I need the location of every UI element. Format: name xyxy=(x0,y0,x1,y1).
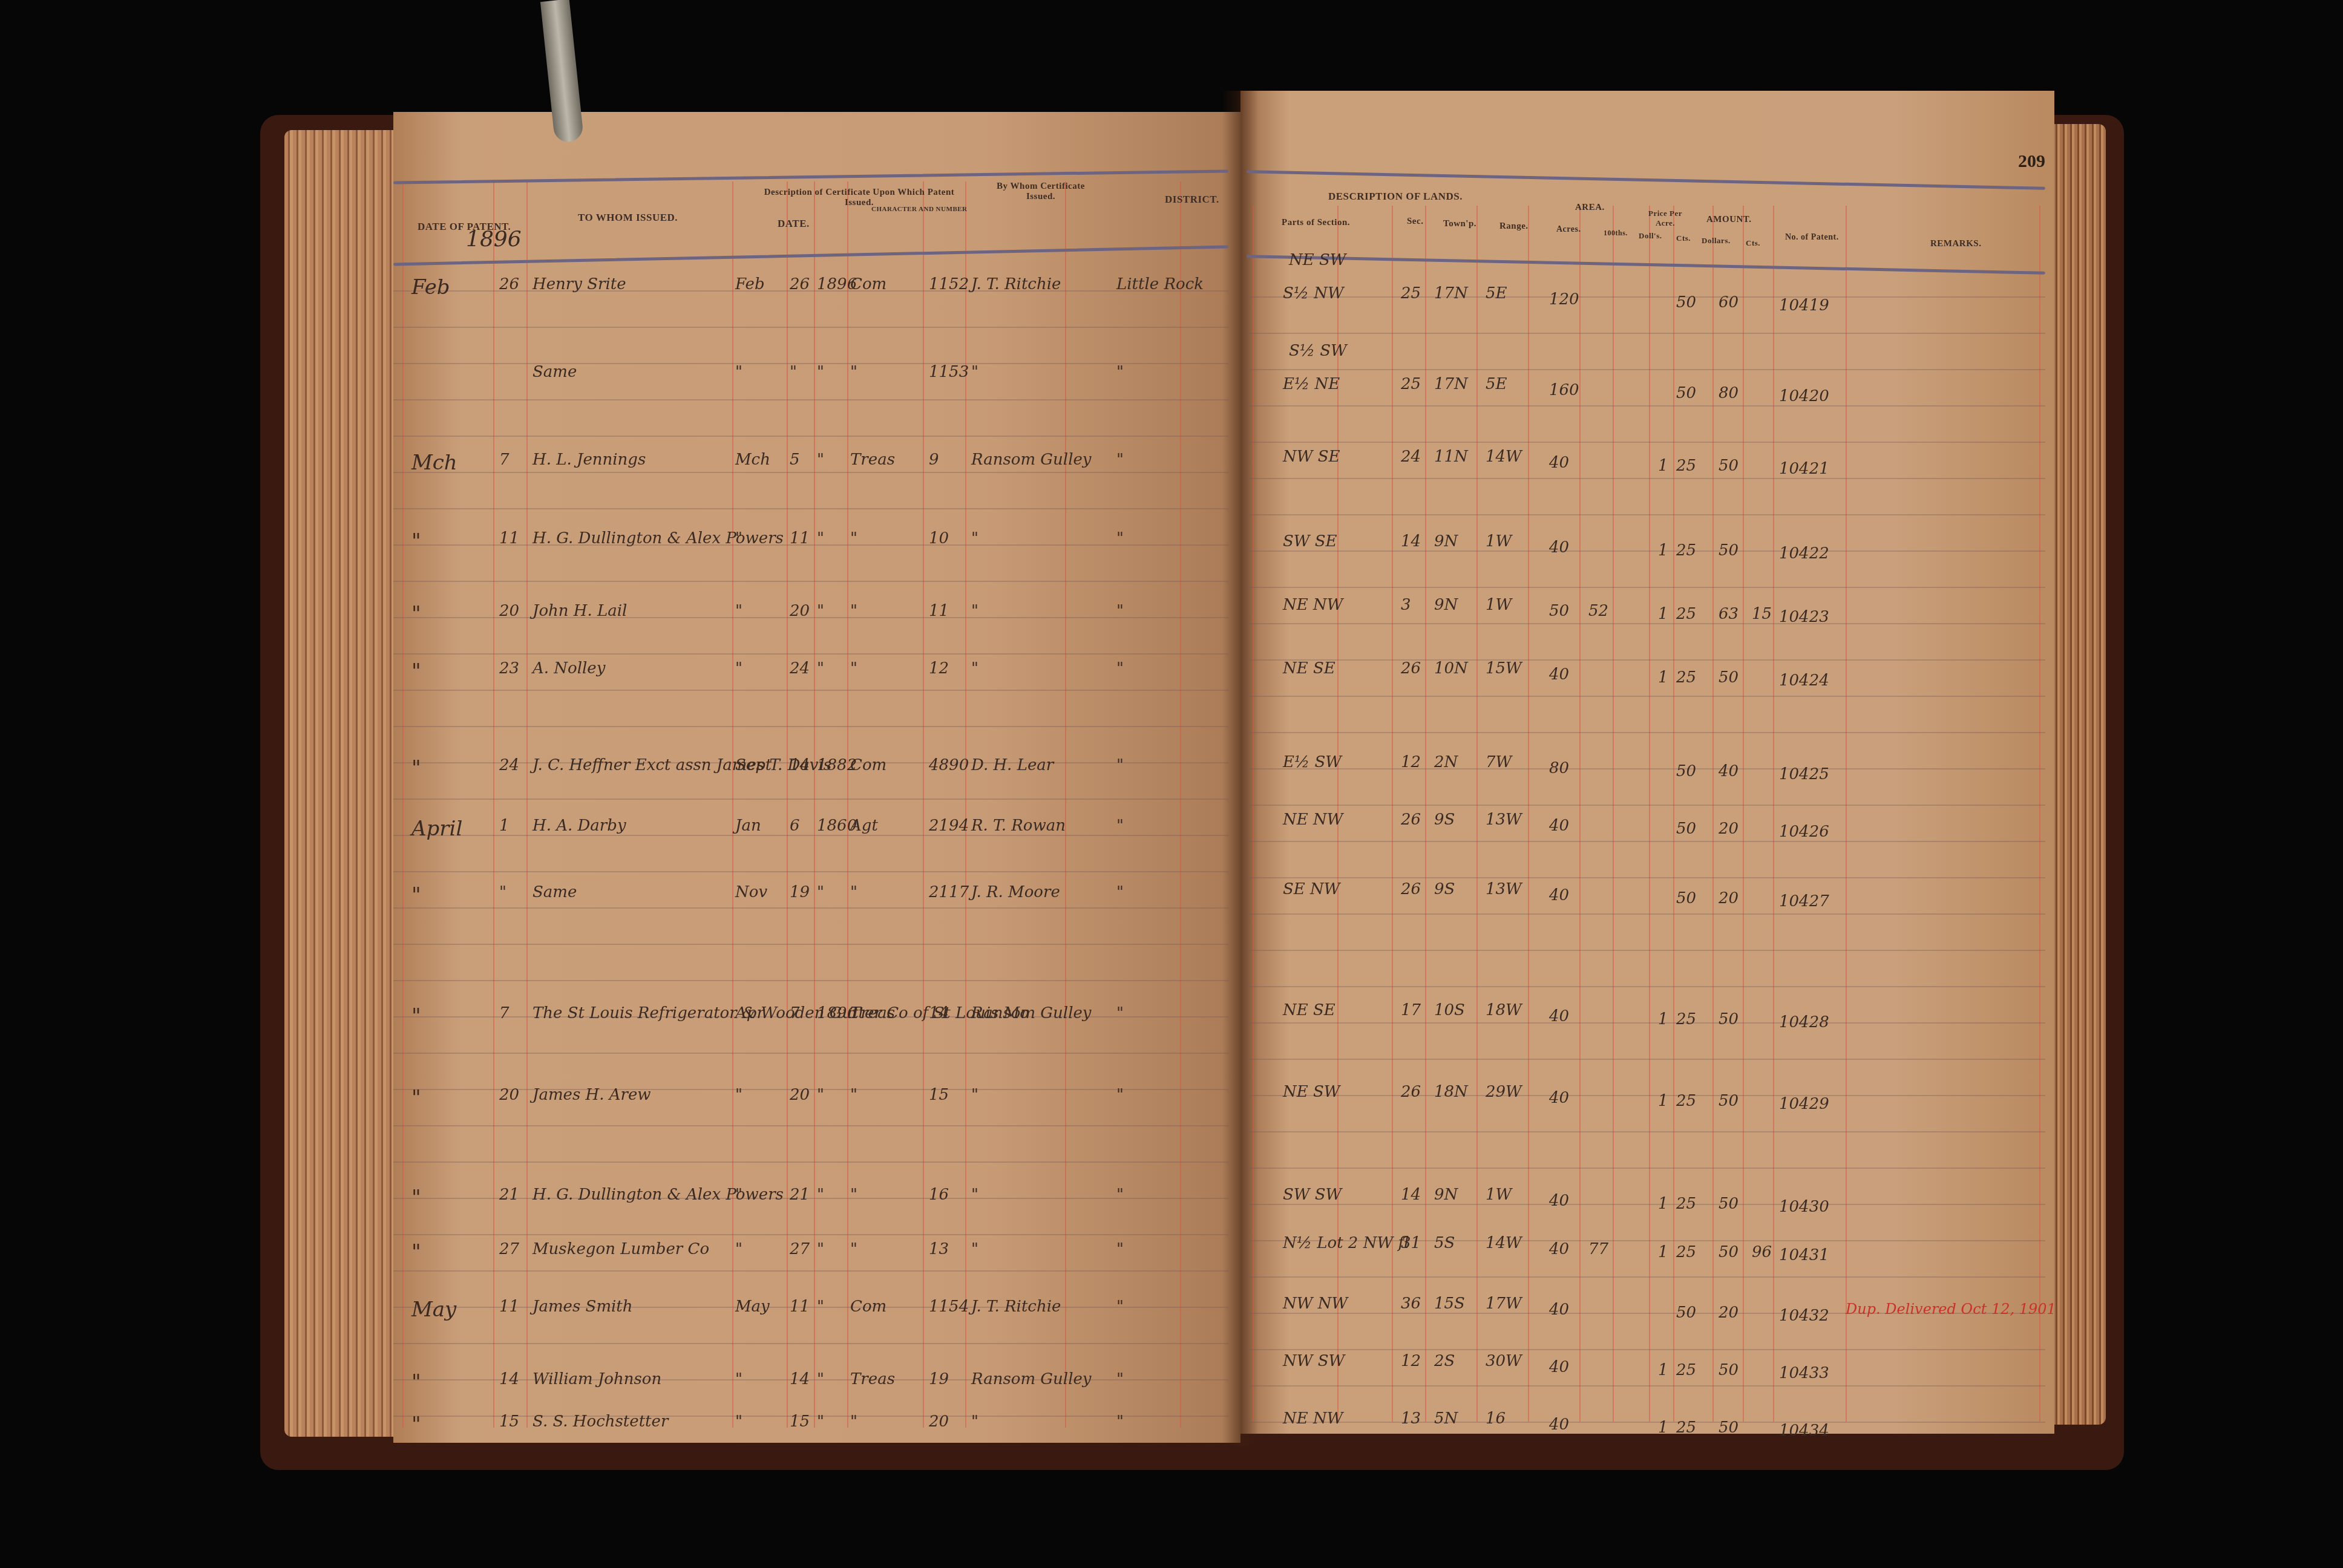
patent-number: 10433 xyxy=(1779,1364,1829,1382)
cert-day: 5 xyxy=(790,451,800,469)
cert-day: 14 xyxy=(790,756,810,774)
patent-month: " xyxy=(411,602,421,626)
price-dollars: 1 xyxy=(1658,1010,1668,1028)
acres: 40 xyxy=(1549,1240,1569,1258)
header-township: Town'p. xyxy=(1443,219,1476,229)
parts-of-section: E½ NE xyxy=(1283,375,1340,393)
cert-number: 11 xyxy=(929,602,949,620)
price-dollars: 1 xyxy=(1658,1243,1668,1261)
patent-month: April xyxy=(411,817,462,841)
parts-of-section: NW NW xyxy=(1283,1295,1348,1313)
red-rule xyxy=(1743,206,1744,1422)
red-rule xyxy=(393,980,1228,981)
acres: 40 xyxy=(1549,1416,1569,1434)
section: 13 xyxy=(1401,1410,1421,1428)
price-dollars: 1 xyxy=(1658,541,1668,560)
cert-month: May xyxy=(735,1298,770,1316)
cert-character: Com xyxy=(850,756,886,774)
price-dollars: 1 xyxy=(1658,457,1668,475)
price-dollars: 1 xyxy=(1658,605,1668,623)
cert-character: " xyxy=(850,1086,857,1104)
header-amount-cts: Cts. xyxy=(1746,238,1760,248)
parts-of-section: NE SE xyxy=(1283,659,1335,678)
cert-month: " xyxy=(735,1370,742,1388)
section: 25 xyxy=(1401,284,1421,302)
cert-number: 2117 xyxy=(929,883,969,901)
patent-day: 27 xyxy=(499,1240,519,1258)
cert-month: " xyxy=(735,1086,742,1104)
patent-day: 7 xyxy=(499,451,510,469)
red-rule xyxy=(393,1270,1228,1272)
parts-of-section: NE NW xyxy=(1283,596,1343,614)
red-rule xyxy=(1247,369,2045,370)
amount-dollars: 50 xyxy=(1719,1010,1738,1028)
issued-by: Ransom Gulley xyxy=(971,451,1092,469)
red-rule xyxy=(787,181,788,1428)
cert-number: 14 xyxy=(929,1004,949,1022)
acres: 40 xyxy=(1549,538,1569,557)
cert-year: " xyxy=(817,1413,824,1431)
cert-character: Treas xyxy=(850,451,895,469)
price-cents: 25 xyxy=(1676,668,1696,687)
acres: 40 xyxy=(1549,665,1569,684)
amount-dollars: 50 xyxy=(1719,1092,1738,1110)
amount-dollars: 20 xyxy=(1719,1304,1738,1322)
red-rule xyxy=(847,181,848,1428)
section: 26 xyxy=(1401,1083,1421,1101)
cert-year: " xyxy=(817,1240,824,1258)
district: " xyxy=(1116,1004,1124,1022)
section: 26 xyxy=(1401,659,1421,678)
red-rule xyxy=(1247,805,2045,806)
header-acres: Acres. xyxy=(1556,225,1581,235)
red-rule xyxy=(1247,986,2045,987)
patent-day: 21 xyxy=(499,1186,519,1204)
township: 18N xyxy=(1434,1083,1468,1101)
district: " xyxy=(1116,451,1124,469)
cert-number: 13 xyxy=(929,1240,949,1258)
patent-number: 10426 xyxy=(1779,823,1829,841)
issued-by: D. H. Lear xyxy=(971,756,1054,774)
red-rule xyxy=(1247,1059,2045,1060)
section: 36 xyxy=(1401,1295,1421,1313)
red-rule xyxy=(1247,514,2045,515)
parts-of-section: NW SE xyxy=(1283,448,1340,466)
range: 29W xyxy=(1486,1083,1522,1101)
township: 9S xyxy=(1434,880,1455,898)
red-rule xyxy=(393,581,1228,582)
amount-dollars: 60 xyxy=(1719,293,1738,312)
price-cents: 25 xyxy=(1676,1361,1696,1379)
range: 1W xyxy=(1486,596,1512,614)
red-rule xyxy=(393,1234,1228,1235)
acres: 50 xyxy=(1549,602,1569,620)
cert-month: " xyxy=(735,363,742,381)
district: " xyxy=(1116,1086,1124,1104)
patent-number: 10428 xyxy=(1779,1013,1829,1031)
right-page xyxy=(1240,91,2054,1434)
cert-month: " xyxy=(735,1413,742,1431)
cert-year: " xyxy=(817,1298,824,1316)
red-rule xyxy=(1247,623,2045,624)
header-remarks: REMARKS. xyxy=(1930,239,1981,249)
acres: 40 xyxy=(1549,454,1569,472)
header-cts: Cts. xyxy=(1676,234,1691,243)
parts-of-section: E½ SW xyxy=(1283,753,1342,771)
patent-month: " xyxy=(411,1370,421,1394)
header-description-of-certificate: Description of Certificate Upon Which Pa… xyxy=(750,188,968,208)
patent-month: May xyxy=(411,1298,456,1322)
range: 30W xyxy=(1486,1352,1522,1370)
red-rule xyxy=(393,835,1228,836)
township: 9N xyxy=(1434,596,1458,614)
township: 5N xyxy=(1434,1410,1458,1428)
township: 5S xyxy=(1434,1234,1455,1252)
page-number: 209 xyxy=(2018,151,2045,172)
range: 15W xyxy=(1486,659,1522,678)
price-dollars: 1 xyxy=(1658,1361,1668,1379)
header-area: AREA. xyxy=(1575,203,1605,213)
patent-month: Feb xyxy=(411,275,450,299)
hundredths: 52 xyxy=(1588,602,1608,620)
acres: 40 xyxy=(1549,1301,1569,1319)
cert-number: 19 xyxy=(929,1370,949,1388)
cert-year: " xyxy=(817,1186,824,1204)
cert-character: " xyxy=(850,659,857,678)
range: 14W xyxy=(1486,1234,1522,1252)
acres: 120 xyxy=(1549,290,1579,309)
issued-by: " xyxy=(971,659,978,678)
parts-of-section: NW SW xyxy=(1283,1352,1345,1370)
patent-number: 10422 xyxy=(1779,544,1829,563)
red-rule xyxy=(1247,478,2045,479)
cert-month: " xyxy=(735,529,742,547)
cert-character: " xyxy=(850,529,857,547)
price-cents: 25 xyxy=(1676,1419,1696,1437)
patent-number: 10423 xyxy=(1779,608,1829,626)
cert-year: " xyxy=(817,451,824,469)
grantee-name: H. G. Dullington & Alex Powers xyxy=(532,529,784,547)
township: 9S xyxy=(1434,811,1455,829)
district: " xyxy=(1116,659,1124,678)
price-cents: 25 xyxy=(1676,1195,1696,1213)
patent-number: 10430 xyxy=(1779,1198,1829,1216)
acres: 40 xyxy=(1549,1007,1569,1025)
range: 7W xyxy=(1486,753,1512,771)
cert-number: 1154 xyxy=(929,1298,969,1316)
issued-by: J. R. Moore xyxy=(971,883,1060,901)
cert-year: " xyxy=(817,602,824,620)
cert-number: 1152 xyxy=(929,275,969,293)
header-sec: Sec. xyxy=(1407,217,1423,227)
amount-dollars: 50 xyxy=(1719,1195,1738,1213)
township: 11N xyxy=(1434,448,1468,466)
cert-month: Feb xyxy=(735,275,765,293)
cert-month: Sept xyxy=(735,756,772,774)
section: 26 xyxy=(1401,880,1421,898)
patent-number: 10429 xyxy=(1779,1095,1829,1113)
township: 2S xyxy=(1434,1352,1455,1370)
patent-month: " xyxy=(411,1186,421,1210)
district: " xyxy=(1116,1413,1124,1431)
cert-month: " xyxy=(735,1240,742,1258)
red-rule xyxy=(1247,1131,2045,1132)
red-rule xyxy=(1247,442,2045,443)
red-rule xyxy=(1247,1385,2045,1387)
price-cents: 25 xyxy=(1676,1243,1696,1261)
red-rule xyxy=(923,181,924,1428)
district: " xyxy=(1116,756,1124,774)
patent-day: 26 xyxy=(499,275,519,293)
section: 3 xyxy=(1401,596,1411,614)
range: 17W xyxy=(1486,1295,1522,1313)
amount-dollars: 50 xyxy=(1719,668,1738,687)
cert-month: Apr xyxy=(735,1004,764,1022)
amount-dollars: 50 xyxy=(1719,1419,1738,1437)
red-rule xyxy=(1579,206,1581,1422)
range: 1W xyxy=(1486,1186,1512,1204)
district: " xyxy=(1116,1240,1124,1258)
red-rule xyxy=(1247,1204,2045,1205)
township: 10S xyxy=(1434,1001,1465,1019)
hundredths: 77 xyxy=(1588,1240,1608,1258)
cert-month: Nov xyxy=(735,883,767,901)
cert-day: " xyxy=(790,363,797,381)
red-rule xyxy=(1247,696,2045,697)
grantee-name: Muskegon Lumber Co xyxy=(532,1240,709,1258)
patent-number: 10434 xyxy=(1779,1422,1829,1440)
cert-character: " xyxy=(850,1240,857,1258)
acres: 40 xyxy=(1549,817,1569,835)
cert-number: 16 xyxy=(929,1186,949,1204)
red-rule xyxy=(393,1161,1228,1163)
red-rule xyxy=(814,181,815,1428)
cert-year: " xyxy=(817,363,824,381)
patent-day: 11 xyxy=(499,1298,519,1316)
red-rule xyxy=(493,181,494,1428)
red-rule xyxy=(1247,550,2045,552)
red-rule xyxy=(1247,950,2045,951)
township: 15S xyxy=(1434,1295,1465,1313)
township: 10N xyxy=(1434,659,1468,678)
red-rule xyxy=(526,181,528,1428)
red-rule xyxy=(1247,405,2045,407)
red-rule xyxy=(393,653,1228,655)
cert-day: 14 xyxy=(790,1370,810,1388)
amount-cents: 15 xyxy=(1752,605,1772,623)
red-rule xyxy=(1247,1422,2045,1423)
parts-of-section: S½ SW xyxy=(1289,342,1347,360)
cert-month: " xyxy=(735,602,742,620)
patent-month: " xyxy=(411,659,421,684)
acres: 160 xyxy=(1549,381,1579,399)
price-cents: 50 xyxy=(1676,384,1696,402)
issued-by: " xyxy=(971,529,978,547)
cert-day: 26 xyxy=(790,275,810,293)
cert-year: " xyxy=(817,883,824,901)
range: 14W xyxy=(1486,448,1522,466)
cert-month: " xyxy=(735,659,742,678)
year-label: 1896 xyxy=(466,227,522,252)
header-price-per-acre: Price Per Acre. xyxy=(1641,209,1689,228)
patent-month: " xyxy=(411,529,421,554)
section: 25 xyxy=(1401,375,1421,393)
red-rule xyxy=(1247,333,2045,334)
header-description-of-lands: DESCRIPTION OF LANDS. xyxy=(1328,191,1463,203)
cert-day: 24 xyxy=(790,659,810,678)
cert-day: 6 xyxy=(790,817,800,835)
range: 18W xyxy=(1486,1001,1522,1019)
cert-day: 15 xyxy=(790,1413,810,1431)
section: 24 xyxy=(1401,448,1421,466)
patent-day: 1 xyxy=(499,817,510,835)
red-rule xyxy=(393,1343,1228,1344)
patent-number: 10419 xyxy=(1779,296,1829,315)
cert-month: " xyxy=(735,1186,742,1204)
price-cents: 25 xyxy=(1676,541,1696,560)
acres: 40 xyxy=(1549,1089,1569,1107)
red-rule xyxy=(1247,1095,2045,1096)
red-rule xyxy=(2039,206,2040,1422)
amount-cents: 96 xyxy=(1752,1243,1772,1261)
red-rule xyxy=(1476,206,1478,1422)
cert-day: 20 xyxy=(790,1086,810,1104)
red-rule xyxy=(1773,206,1774,1422)
red-rule xyxy=(393,1125,1228,1126)
red-rule xyxy=(393,871,1228,872)
section: 12 xyxy=(1401,1352,1421,1370)
section: 31 xyxy=(1401,1234,1421,1252)
red-rule xyxy=(393,944,1228,945)
patent-month: " xyxy=(411,1413,421,1437)
red-rule xyxy=(1846,206,1847,1422)
issued-by: R. T. Rowan xyxy=(971,817,1066,835)
red-rule xyxy=(393,472,1228,473)
red-rule xyxy=(402,181,404,1428)
parts-of-section: NE SW xyxy=(1283,1083,1340,1101)
price-cents: 50 xyxy=(1676,1304,1696,1322)
cert-character: Com xyxy=(850,275,886,293)
district: " xyxy=(1116,602,1124,620)
red-rule xyxy=(1613,206,1614,1422)
header-hundredths: 100ths. xyxy=(1604,229,1628,238)
patent-month: Mch xyxy=(411,451,457,475)
amount-dollars: 20 xyxy=(1719,820,1738,838)
district: " xyxy=(1116,363,1124,381)
cert-number: 4890 xyxy=(929,756,969,774)
section: 26 xyxy=(1401,811,1421,829)
header-parts-of-section: Parts of Section. xyxy=(1282,218,1350,228)
price-dollars: 1 xyxy=(1658,668,1668,687)
range: 5E xyxy=(1486,284,1507,302)
amount-dollars: 63 xyxy=(1719,605,1738,623)
issued-by: Ransom Gulley xyxy=(971,1004,1092,1022)
red-rule xyxy=(1673,206,1674,1422)
patent-month: " xyxy=(411,756,421,780)
cert-number: 15 xyxy=(929,1086,949,1104)
amount-dollars: 20 xyxy=(1719,889,1738,907)
patent-day: 24 xyxy=(499,756,519,774)
patent-day: 11 xyxy=(499,529,519,547)
patent-month: " xyxy=(411,883,421,907)
amount-dollars: 50 xyxy=(1719,541,1738,560)
issued-by: J. T. Ritchie xyxy=(971,275,1061,293)
header-dolls: Doll's. xyxy=(1639,231,1662,241)
grantee-name: H. G. Dullington & Alex Powers xyxy=(532,1186,784,1204)
section: 14 xyxy=(1401,1186,1421,1204)
grantee-name: J. C. Heffner Exct assn James T. Davis xyxy=(532,756,831,774)
price-cents: 25 xyxy=(1676,1010,1696,1028)
grantee-name: H. A. Darby xyxy=(532,817,626,835)
district: " xyxy=(1116,529,1124,547)
parts-of-section: N½ Lot 2 NW fl xyxy=(1283,1234,1409,1252)
cert-character: Com xyxy=(850,1298,886,1316)
red-rule xyxy=(1247,913,2045,915)
price-cents: 50 xyxy=(1676,820,1696,838)
issued-by: " xyxy=(971,1413,978,1431)
grantee-name: S. S. Hochstetter xyxy=(532,1413,668,1431)
red-rule xyxy=(393,799,1228,800)
left-page-stack xyxy=(284,130,405,1437)
parts-of-section: SW SW xyxy=(1283,1186,1342,1204)
patent-month: " xyxy=(411,1240,421,1264)
header-date: DATE. xyxy=(778,218,810,230)
red-rule xyxy=(393,1053,1228,1054)
issued-by: " xyxy=(971,363,978,381)
price-dollars: 1 xyxy=(1658,1195,1668,1213)
patent-day: 15 xyxy=(499,1413,519,1431)
red-rule xyxy=(1247,1022,2045,1024)
amount-dollars: 50 xyxy=(1719,457,1738,475)
cert-character: " xyxy=(850,1186,857,1204)
patent-number: 10421 xyxy=(1779,460,1829,478)
cert-month: Jan xyxy=(735,817,761,835)
cert-number: 2194 xyxy=(929,817,969,835)
grantee-name: A. Nolley xyxy=(532,659,605,678)
parts-of-section: NE NW xyxy=(1283,1410,1343,1428)
township: 9N xyxy=(1434,532,1458,550)
patent-day: 23 xyxy=(499,659,519,678)
price-dollars: 1 xyxy=(1658,1092,1668,1110)
patent-day: 20 xyxy=(499,1086,519,1104)
amount-dollars: 80 xyxy=(1719,384,1738,402)
cert-character: Treas xyxy=(850,1004,895,1022)
district: " xyxy=(1116,1298,1124,1316)
district: " xyxy=(1116,817,1124,835)
district: " xyxy=(1116,1186,1124,1204)
township: 17N xyxy=(1434,284,1468,302)
cert-number: 10 xyxy=(929,529,949,547)
red-rule xyxy=(1253,206,1254,1422)
red-rule xyxy=(1425,206,1426,1422)
header-character-and-number: CHARACTER AND NUMBER xyxy=(871,206,968,213)
cert-day: 19 xyxy=(790,883,810,901)
district: " xyxy=(1116,883,1124,901)
patent-number: 10432 xyxy=(1779,1307,1829,1325)
issued-by: " xyxy=(971,1086,978,1104)
cert-number: 20 xyxy=(929,1413,949,1431)
red-rule xyxy=(393,907,1228,909)
price-cents: 50 xyxy=(1676,889,1696,907)
cert-day: 11 xyxy=(790,529,810,547)
red-rule xyxy=(1712,206,1714,1422)
parts-of-section: NE SE xyxy=(1283,1001,1335,1019)
range: 13W xyxy=(1486,811,1522,829)
patent-day: " xyxy=(499,883,506,901)
red-rule xyxy=(393,726,1228,727)
section: 12 xyxy=(1401,753,1421,771)
grantee-name: H. L. Jennings xyxy=(532,451,646,469)
